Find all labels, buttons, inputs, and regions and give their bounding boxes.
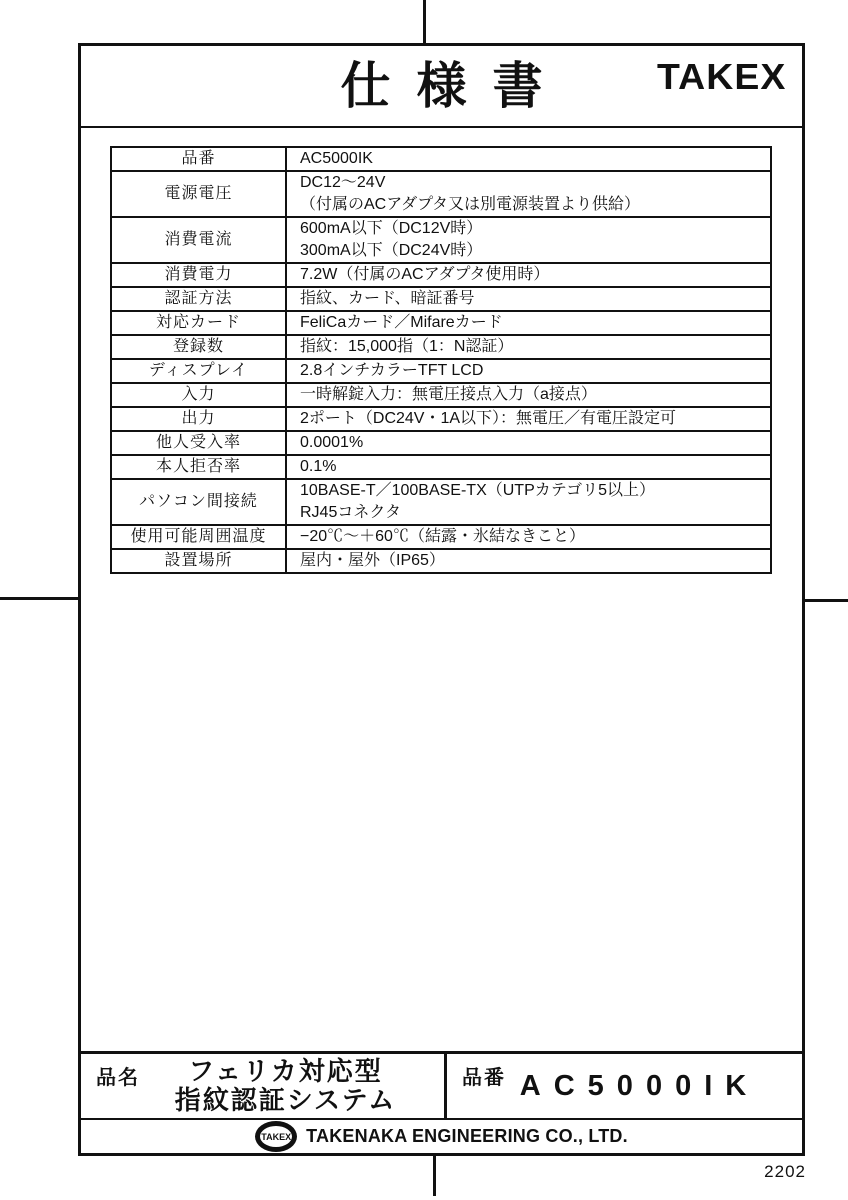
crop-mark-right: [803, 599, 848, 602]
table-row: 他人受入率 0.0001%: [112, 430, 770, 454]
takex-logo: TAKEX: [657, 56, 786, 98]
page-title: 仕様書: [315, 61, 569, 111]
spec-value: AC5000IK: [287, 148, 770, 170]
product-code: AC5000IK: [490, 1070, 759, 1103]
takex-badge-text: TAKEX: [261, 1132, 291, 1142]
title-band: 仕様書 TAKEX: [81, 46, 802, 128]
table-row: 使用可能周囲温度 −20℃～＋60℃（結露・氷結なきこと）: [112, 524, 770, 548]
spec-value: 指紋：15,000指（1：N認証）: [287, 336, 770, 358]
spec-value: 0.0001%: [287, 432, 770, 454]
spec-label: 出力: [112, 408, 287, 430]
table-row: 消費電力 7.2W（付属のACアダプタ使用時）: [112, 262, 770, 286]
product-code-cell: 品番 AC5000IK: [447, 1054, 802, 1118]
product-name: フェリカ対応型 指紋認証システム: [129, 1057, 396, 1115]
spec-label: 使用可能周囲温度: [112, 526, 287, 548]
spec-label: 消費電力: [112, 264, 287, 286]
spec-value: FeliCaカード／Mifareカード: [287, 312, 770, 334]
spec-value: −20℃～＋60℃（結露・氷結なきこと）: [287, 526, 770, 548]
takex-badge-icon: TAKEX: [255, 1121, 297, 1152]
spec-label: 設置場所: [112, 550, 287, 572]
table-row: パソコン間接続 10BASE-T／100BASE-TX（UTPカテゴリ5以上） …: [112, 478, 770, 524]
spec-value: 10BASE-T／100BASE-TX（UTPカテゴリ5以上） RJ45コネクタ: [287, 480, 770, 524]
spec-value: 7.2W（付属のACアダプタ使用時）: [287, 264, 770, 286]
company-name: TAKENAKA ENGINEERING CO., LTD.: [306, 1126, 628, 1147]
table-row: ディスプレイ 2.8インチカラーTFT LCD: [112, 358, 770, 382]
product-code-label: 品番: [462, 1061, 506, 1090]
table-row: 消費電流 600mA以下（DC12V時） 300mA以下（DC24V時）: [112, 216, 770, 262]
sheet-revision-code: 2202: [756, 1162, 806, 1182]
crop-mark-bottom: [433, 1154, 436, 1196]
spec-value: 一時解錠入力：無電圧接点入力（a接点）: [287, 384, 770, 406]
spec-value: 0.1%: [287, 456, 770, 478]
spec-label: 本人拒否率: [112, 456, 287, 478]
product-band: 品名 フェリカ対応型 指紋認証システム 品番 AC5000IK: [81, 1051, 802, 1118]
crop-mark-left: [0, 597, 80, 600]
spec-value: 2.8インチカラーTFT LCD: [287, 360, 770, 382]
product-name-cell: 品名 フェリカ対応型 指紋認証システム: [81, 1054, 447, 1118]
spec-label: 認証方法: [112, 288, 287, 310]
table-row: 本人拒否率 0.1%: [112, 454, 770, 478]
spec-label: 対応カード: [112, 312, 287, 334]
table-row: 対応カード FeliCaカード／Mifareカード: [112, 310, 770, 334]
spec-label: 入力: [112, 384, 287, 406]
company-band: TAKEX TAKENAKA ENGINEERING CO., LTD.: [81, 1118, 802, 1153]
table-row: 入力 一時解錠入力：無電圧接点入力（a接点）: [112, 382, 770, 406]
spec-label: 電源電圧: [112, 172, 287, 216]
spec-label: ディスプレイ: [112, 360, 287, 382]
crop-mark-top: [423, 0, 426, 45]
product-name-label: 品名: [96, 1061, 140, 1090]
table-row: 登録数 指紋：15,000指（1：N認証）: [112, 334, 770, 358]
spec-value: 指紋、カード、暗証番号: [287, 288, 770, 310]
spec-value: DC12～24V （付属のACアダプタ又は別電源装置より供給）: [287, 172, 770, 216]
table-row: 設置場所 屋内・屋外（IP65）: [112, 548, 770, 572]
spec-label: 消費電流: [112, 218, 287, 262]
table-row: 品番 AC5000IK: [112, 148, 770, 170]
spec-table: 品番 AC5000IK 電源電圧 DC12～24V （付属のACアダプタ又は別電…: [110, 146, 772, 574]
table-row: 認証方法 指紋、カード、暗証番号: [112, 286, 770, 310]
spec-value: 屋内・屋外（IP65）: [287, 550, 770, 572]
table-row: 電源電圧 DC12～24V （付属のACアダプタ又は別電源装置より供給）: [112, 170, 770, 216]
product-name-line1: フェリカ対応型: [175, 1057, 396, 1086]
spec-label: 品番: [112, 148, 287, 170]
spec-label: 登録数: [112, 336, 287, 358]
spec-value: 2ポート（DC24V・1A以下）：無電圧／有電圧設定可: [287, 408, 770, 430]
table-row: 出力 2ポート（DC24V・1A以下）：無電圧／有電圧設定可: [112, 406, 770, 430]
spec-value: 600mA以下（DC12V時） 300mA以下（DC24V時）: [287, 218, 770, 262]
spec-label: 他人受入率: [112, 432, 287, 454]
spec-label: パソコン間接続: [112, 480, 287, 524]
product-name-line2: 指紋認証システム: [175, 1086, 396, 1115]
